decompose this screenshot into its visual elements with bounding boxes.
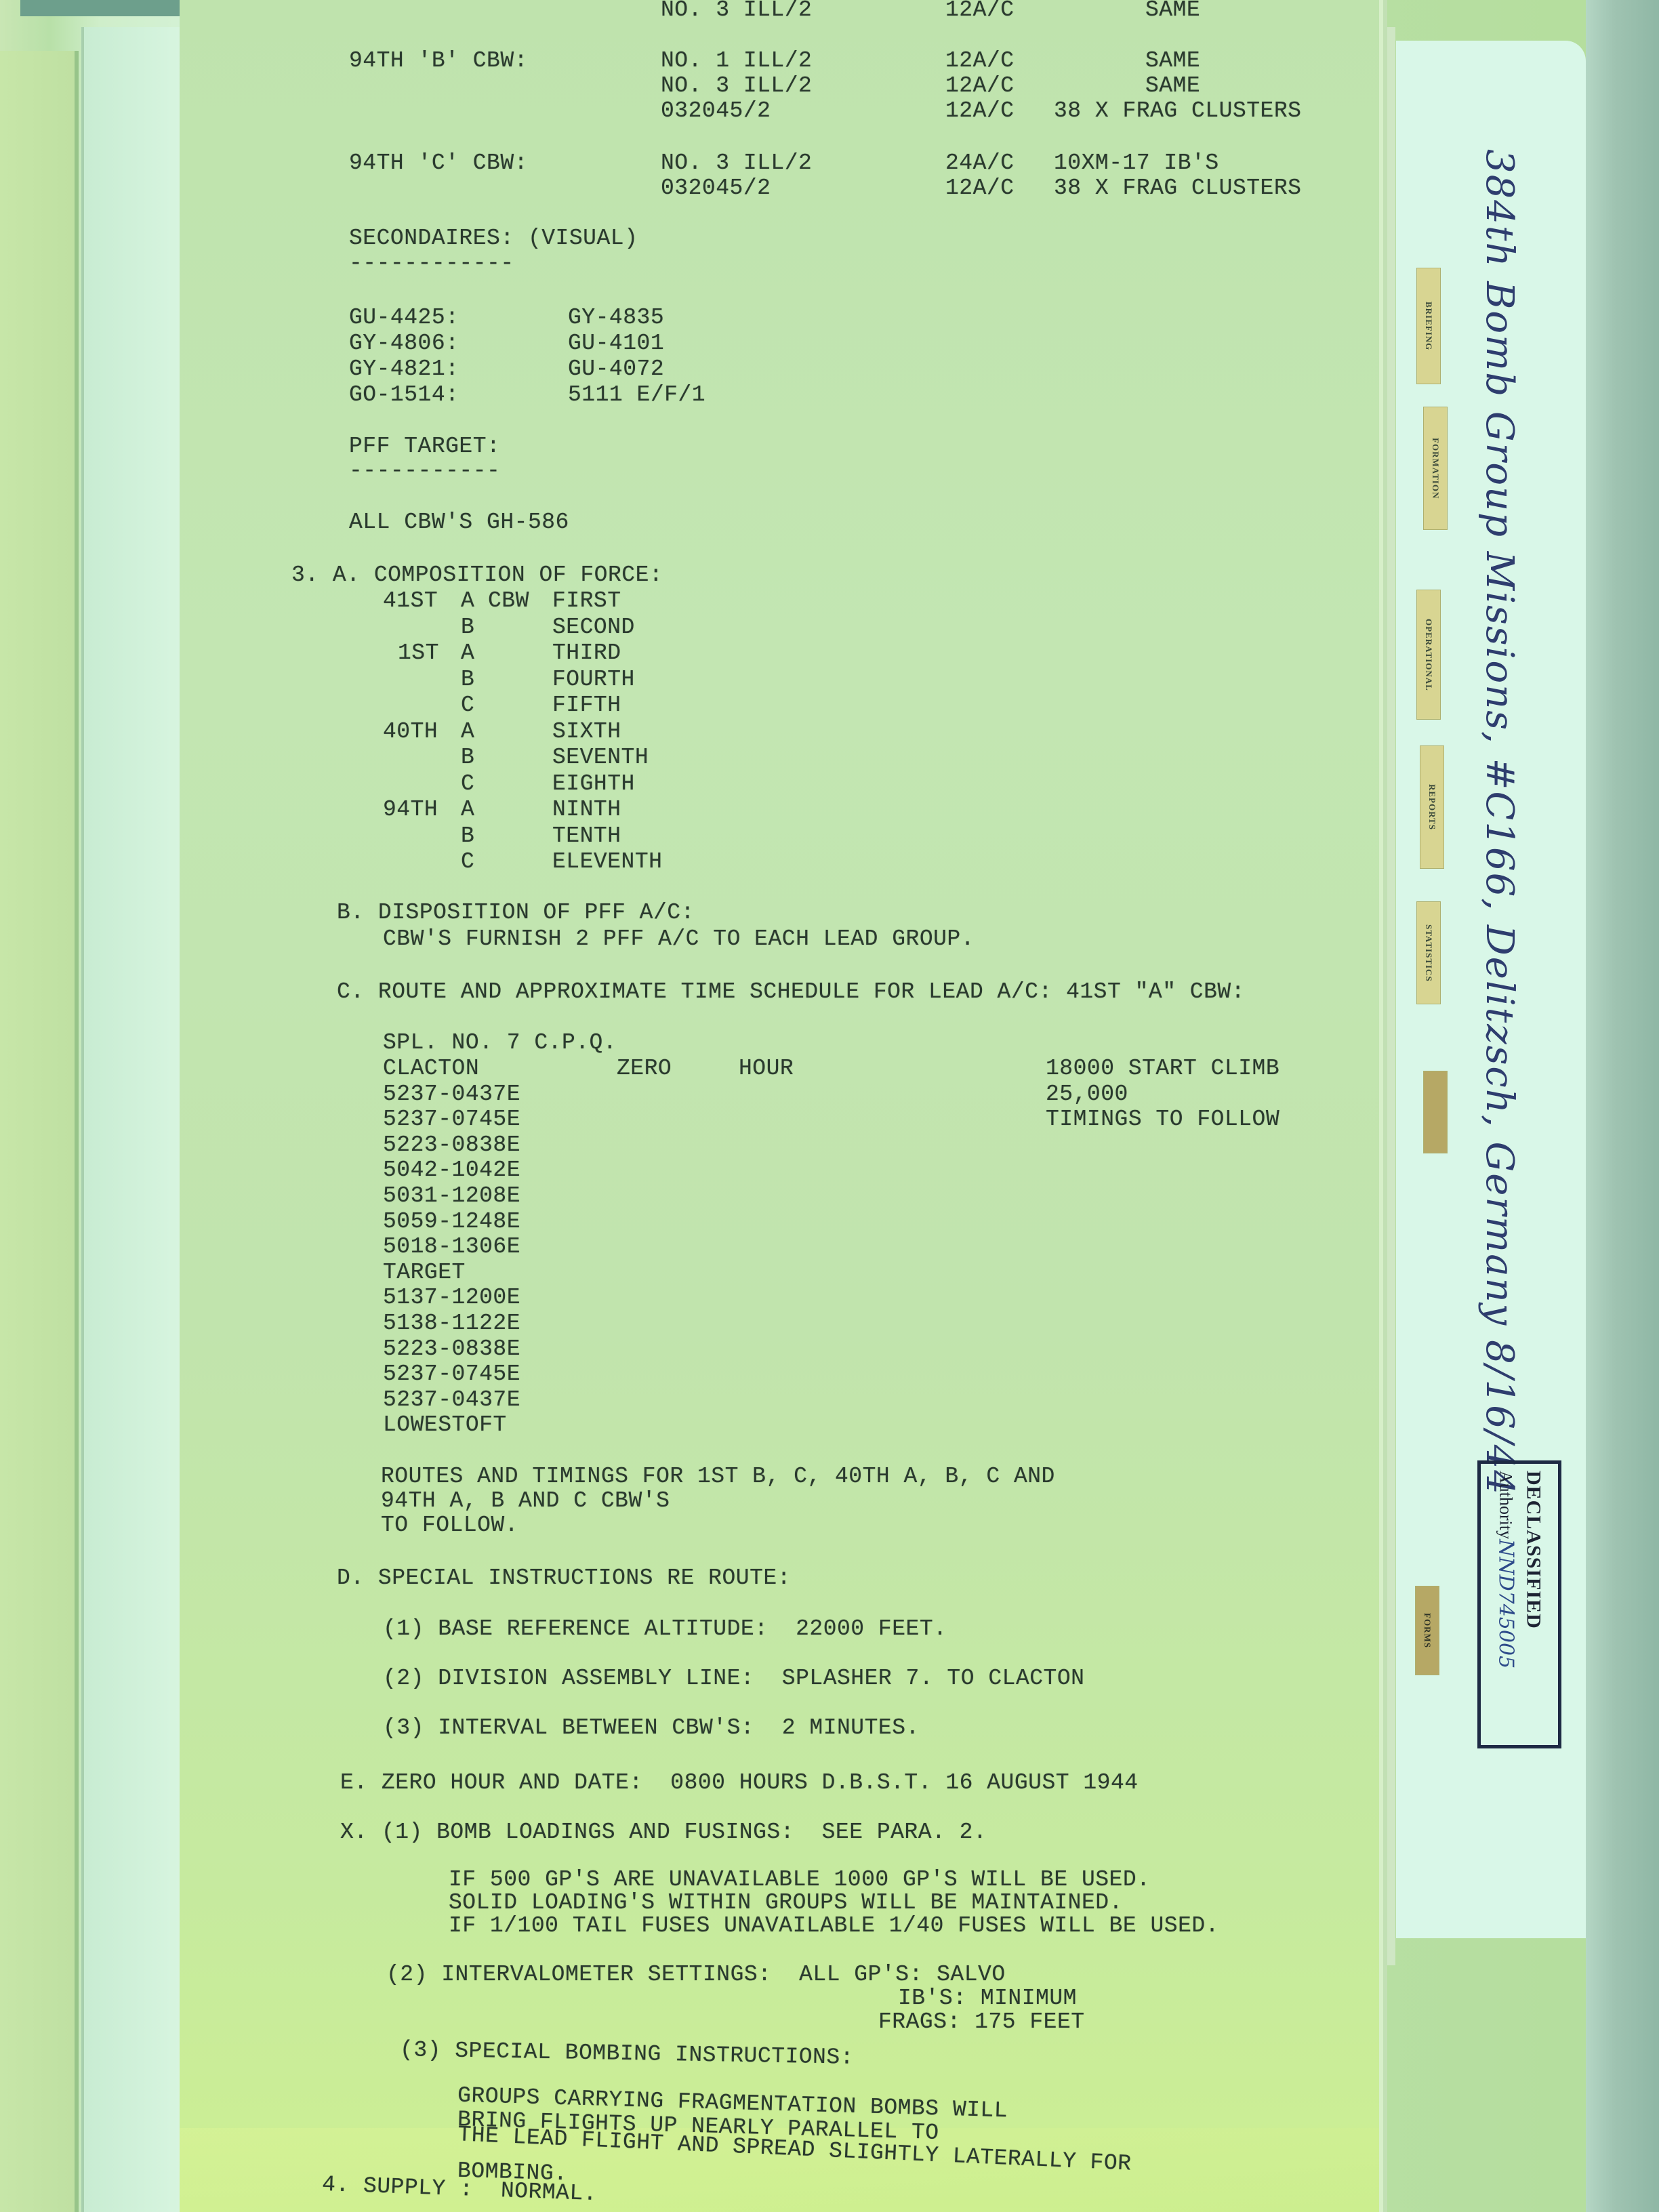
special-instruction-item: (3) INTERVAL BETWEEN CBW'S: 2 MINUTES.: [383, 1715, 920, 1741]
tab-formation[interactable]: FORMATION: [1423, 407, 1448, 530]
intervalometer-line: (2) INTERVALOMETER SETTINGS: ALL GP'S: S…: [386, 1962, 1006, 1988]
composition-cbw: CBW: [488, 588, 529, 614]
secondary-target: GU-4425:: [349, 305, 459, 331]
route-note: 18000 START CLIMB: [1046, 1056, 1279, 1082]
secondaires-heading: SECONDAIRES: (VISUAL): [349, 226, 638, 251]
route-point: 5237-0437E: [383, 1387, 520, 1413]
route-point: 5223-0838E: [383, 1132, 520, 1158]
composition-group: A: [461, 640, 474, 666]
left-paper-stack: [0, 51, 79, 2212]
composition-order: SIXTH: [552, 719, 621, 745]
composition-group: B: [461, 823, 474, 849]
zero-hour-line: E. ZERO HOUR AND DATE: 0800 HOURS D.B.S.…: [340, 1770, 1139, 1796]
secondary-target-alt: GU-4101: [568, 331, 664, 356]
loading-aircraft: 12A/C: [945, 48, 1015, 74]
route-point: 5237-0745E: [383, 1107, 520, 1132]
composition-order: FOURTH: [552, 667, 635, 693]
tab-briefing[interactable]: BRIEFING: [1416, 268, 1441, 384]
route-zero: ZERO: [617, 1056, 672, 1082]
composition-heading: 3. A. COMPOSITION OF FORCE:: [291, 562, 663, 588]
loading-bombs: SAME: [1145, 48, 1200, 74]
loading-type: 032045/2: [661, 176, 771, 201]
routes-follow-line: TO FOLLOW.: [381, 1513, 518, 1538]
route-point: 5018-1306E: [383, 1234, 520, 1260]
composition-wing: 40TH: [383, 719, 438, 745]
loading-aircraft: 12A/C: [945, 73, 1015, 99]
pff-target-value: ALL CBW'S GH-586: [349, 510, 569, 535]
route-point: LOWESTOFT: [383, 1412, 507, 1438]
bomb-loadings-line: X. (1) BOMB LOADINGS AND FUSINGS: SEE PA…: [340, 1820, 987, 1845]
composition-order: EIGHTH: [552, 771, 635, 797]
routes-follow-line: 94TH A, B AND C CBW'S: [381, 1488, 670, 1514]
background-right: [1586, 0, 1659, 2212]
special-instruction-item: (1) BASE REFERENCE ALTITUDE: 22000 FEET.: [383, 1616, 947, 1642]
secondary-target-alt: GY-4835: [568, 305, 664, 331]
route-hour: HOUR: [739, 1056, 794, 1082]
left-folder-edge: [81, 27, 186, 2212]
loading-aircraft: 12A/C: [945, 0, 1015, 23]
route-note: 25,000: [1046, 1082, 1128, 1107]
tab-forms[interactable]: FORMS: [1415, 1586, 1439, 1675]
loading-type: 032045/2: [661, 98, 771, 124]
composition-group: C: [461, 771, 474, 797]
composition-order: SECOND: [552, 615, 635, 640]
disposition-text: CBW'S FURNISH 2 PFF A/C TO EACH LEAD GRO…: [383, 926, 975, 952]
folder-edge: [1386, 27, 1395, 1965]
loading-unit: 94TH 'B' CBW:: [349, 48, 528, 74]
special-instruction-item: (2) DIVISION ASSEMBLY LINE: SPLASHER 7. …: [383, 1666, 1084, 1692]
loading-aircraft: 12A/C: [945, 98, 1015, 124]
loading-aircraft: 24A/C: [945, 150, 1015, 176]
loading-type: NO. 3 ILL/2: [661, 73, 812, 99]
composition-order: ELEVENTH: [552, 849, 662, 875]
composition-group: B: [461, 667, 474, 693]
loading-type: NO. 3 ILL/2: [661, 150, 812, 176]
declassified-stamp: DECLASSIFIED AuthorityNND745005: [1477, 1460, 1561, 1748]
route-point: 5059-1248E: [383, 1209, 520, 1235]
loading-aircraft: 12A/C: [945, 176, 1015, 201]
route-heading: C. ROUTE AND APPROXIMATE TIME SCHEDULE F…: [337, 979, 1245, 1005]
tab-reports[interactable]: REPORTS: [1420, 745, 1444, 869]
folder-handwritten-label: 384th Bomb Group Missions, #C166, Delitz…: [1477, 149, 1521, 1496]
loading-bombs: SAME: [1145, 73, 1200, 99]
intervalometer-ibs: IB'S: MINIMUM: [898, 1986, 1077, 2011]
composition-group: C: [461, 849, 474, 875]
route-header: SPL. NO. 7 C.P.Q.: [383, 1030, 617, 1056]
composition-order: TENTH: [552, 823, 621, 849]
bomb-loading-note: IF 500 GP'S ARE UNAVAILABLE 1000 GP'S WI…: [449, 1867, 1150, 1893]
composition-wing: 1ST: [398, 640, 439, 666]
composition-order: SEVENTH: [552, 745, 649, 771]
pff-target-underline: -----------: [349, 458, 500, 484]
tab-statistics[interactable]: STATISTICS: [1416, 901, 1441, 1004]
bomb-loading-note: IF 1/100 TAIL FUSES UNAVAILABLE 1/40 FUS…: [449, 1913, 1219, 1939]
routes-follow-line: ROUTES AND TIMINGS FOR 1ST B, C, 40TH A,…: [381, 1464, 1055, 1490]
loading-type: NO. 1 ILL/2: [661, 48, 812, 74]
intervalometer-frags: FRAGS: 175 FEET: [878, 2009, 1085, 2035]
route-point: 5237-0437E: [383, 1082, 520, 1107]
route-point: 5042-1042E: [383, 1158, 520, 1183]
composition-wing: 41ST: [383, 588, 438, 614]
route-point: 5223-0838E: [383, 1336, 520, 1362]
loading-bombs: 38 X FRAG CLUSTERS: [1054, 98, 1301, 124]
composition-group: C: [461, 693, 474, 718]
composition-order: FIFTH: [552, 693, 621, 718]
composition-group: A: [461, 797, 474, 823]
secondary-target: GY-4821:: [349, 356, 459, 382]
disposition-heading: B. DISPOSITION OF PFF A/C:: [337, 900, 695, 926]
composition-order: FIRST: [552, 588, 621, 614]
composition-wing: 94TH: [383, 797, 438, 823]
loading-unit: 94TH 'C' CBW:: [349, 150, 528, 176]
secondary-target-alt: GU-4072: [568, 356, 664, 382]
tab-operational[interactable]: OPERATIONAL: [1416, 590, 1441, 720]
loading-bombs: SAME: [1145, 0, 1200, 23]
secondary-target: GO-1514:: [349, 382, 459, 408]
route-point: 5138-1122E: [383, 1311, 520, 1336]
composition-order: THIRD: [552, 640, 621, 666]
composition-group: B: [461, 615, 474, 640]
loading-type: NO. 3 ILL/2: [661, 0, 812, 23]
special-instructions-heading: D. SPECIAL INSTRUCTIONS RE ROUTE:: [337, 1565, 791, 1591]
route-point: 5237-0745E: [383, 1361, 520, 1387]
secondary-target: GY-4806:: [349, 331, 459, 356]
stamp-title: DECLASSIFIED: [1522, 1471, 1545, 1738]
bomb-loading-note: SOLID LOADING'S WITHIN GROUPS WILL BE MA…: [449, 1890, 1123, 1916]
composition-order: NINTH: [552, 797, 621, 823]
route-point: TARGET: [383, 1260, 466, 1286]
route-point: 5137-1200E: [383, 1285, 520, 1311]
composition-group: A: [461, 719, 474, 745]
stamp-authority: AuthorityNND745005: [1494, 1471, 1518, 1738]
background-edge: [20, 0, 183, 16]
pff-target-heading: PFF TARGET:: [349, 434, 500, 459]
composition-group: B: [461, 745, 474, 771]
secondary-target-alt: 5111 E/F/1: [568, 382, 705, 408]
route-point: CLACTON: [383, 1056, 479, 1082]
secondaires-underline: ------------: [349, 251, 514, 276]
loading-bombs: 38 X FRAG CLUSTERS: [1054, 176, 1301, 201]
tab-unlabeled[interactable]: [1423, 1071, 1448, 1153]
route-note: TIMINGS TO FOLLOW: [1046, 1107, 1279, 1132]
loading-bombs: 10XM-17 IB'S: [1054, 150, 1219, 176]
route-point: 5031-1208E: [383, 1183, 520, 1209]
composition-group: A: [461, 588, 474, 614]
